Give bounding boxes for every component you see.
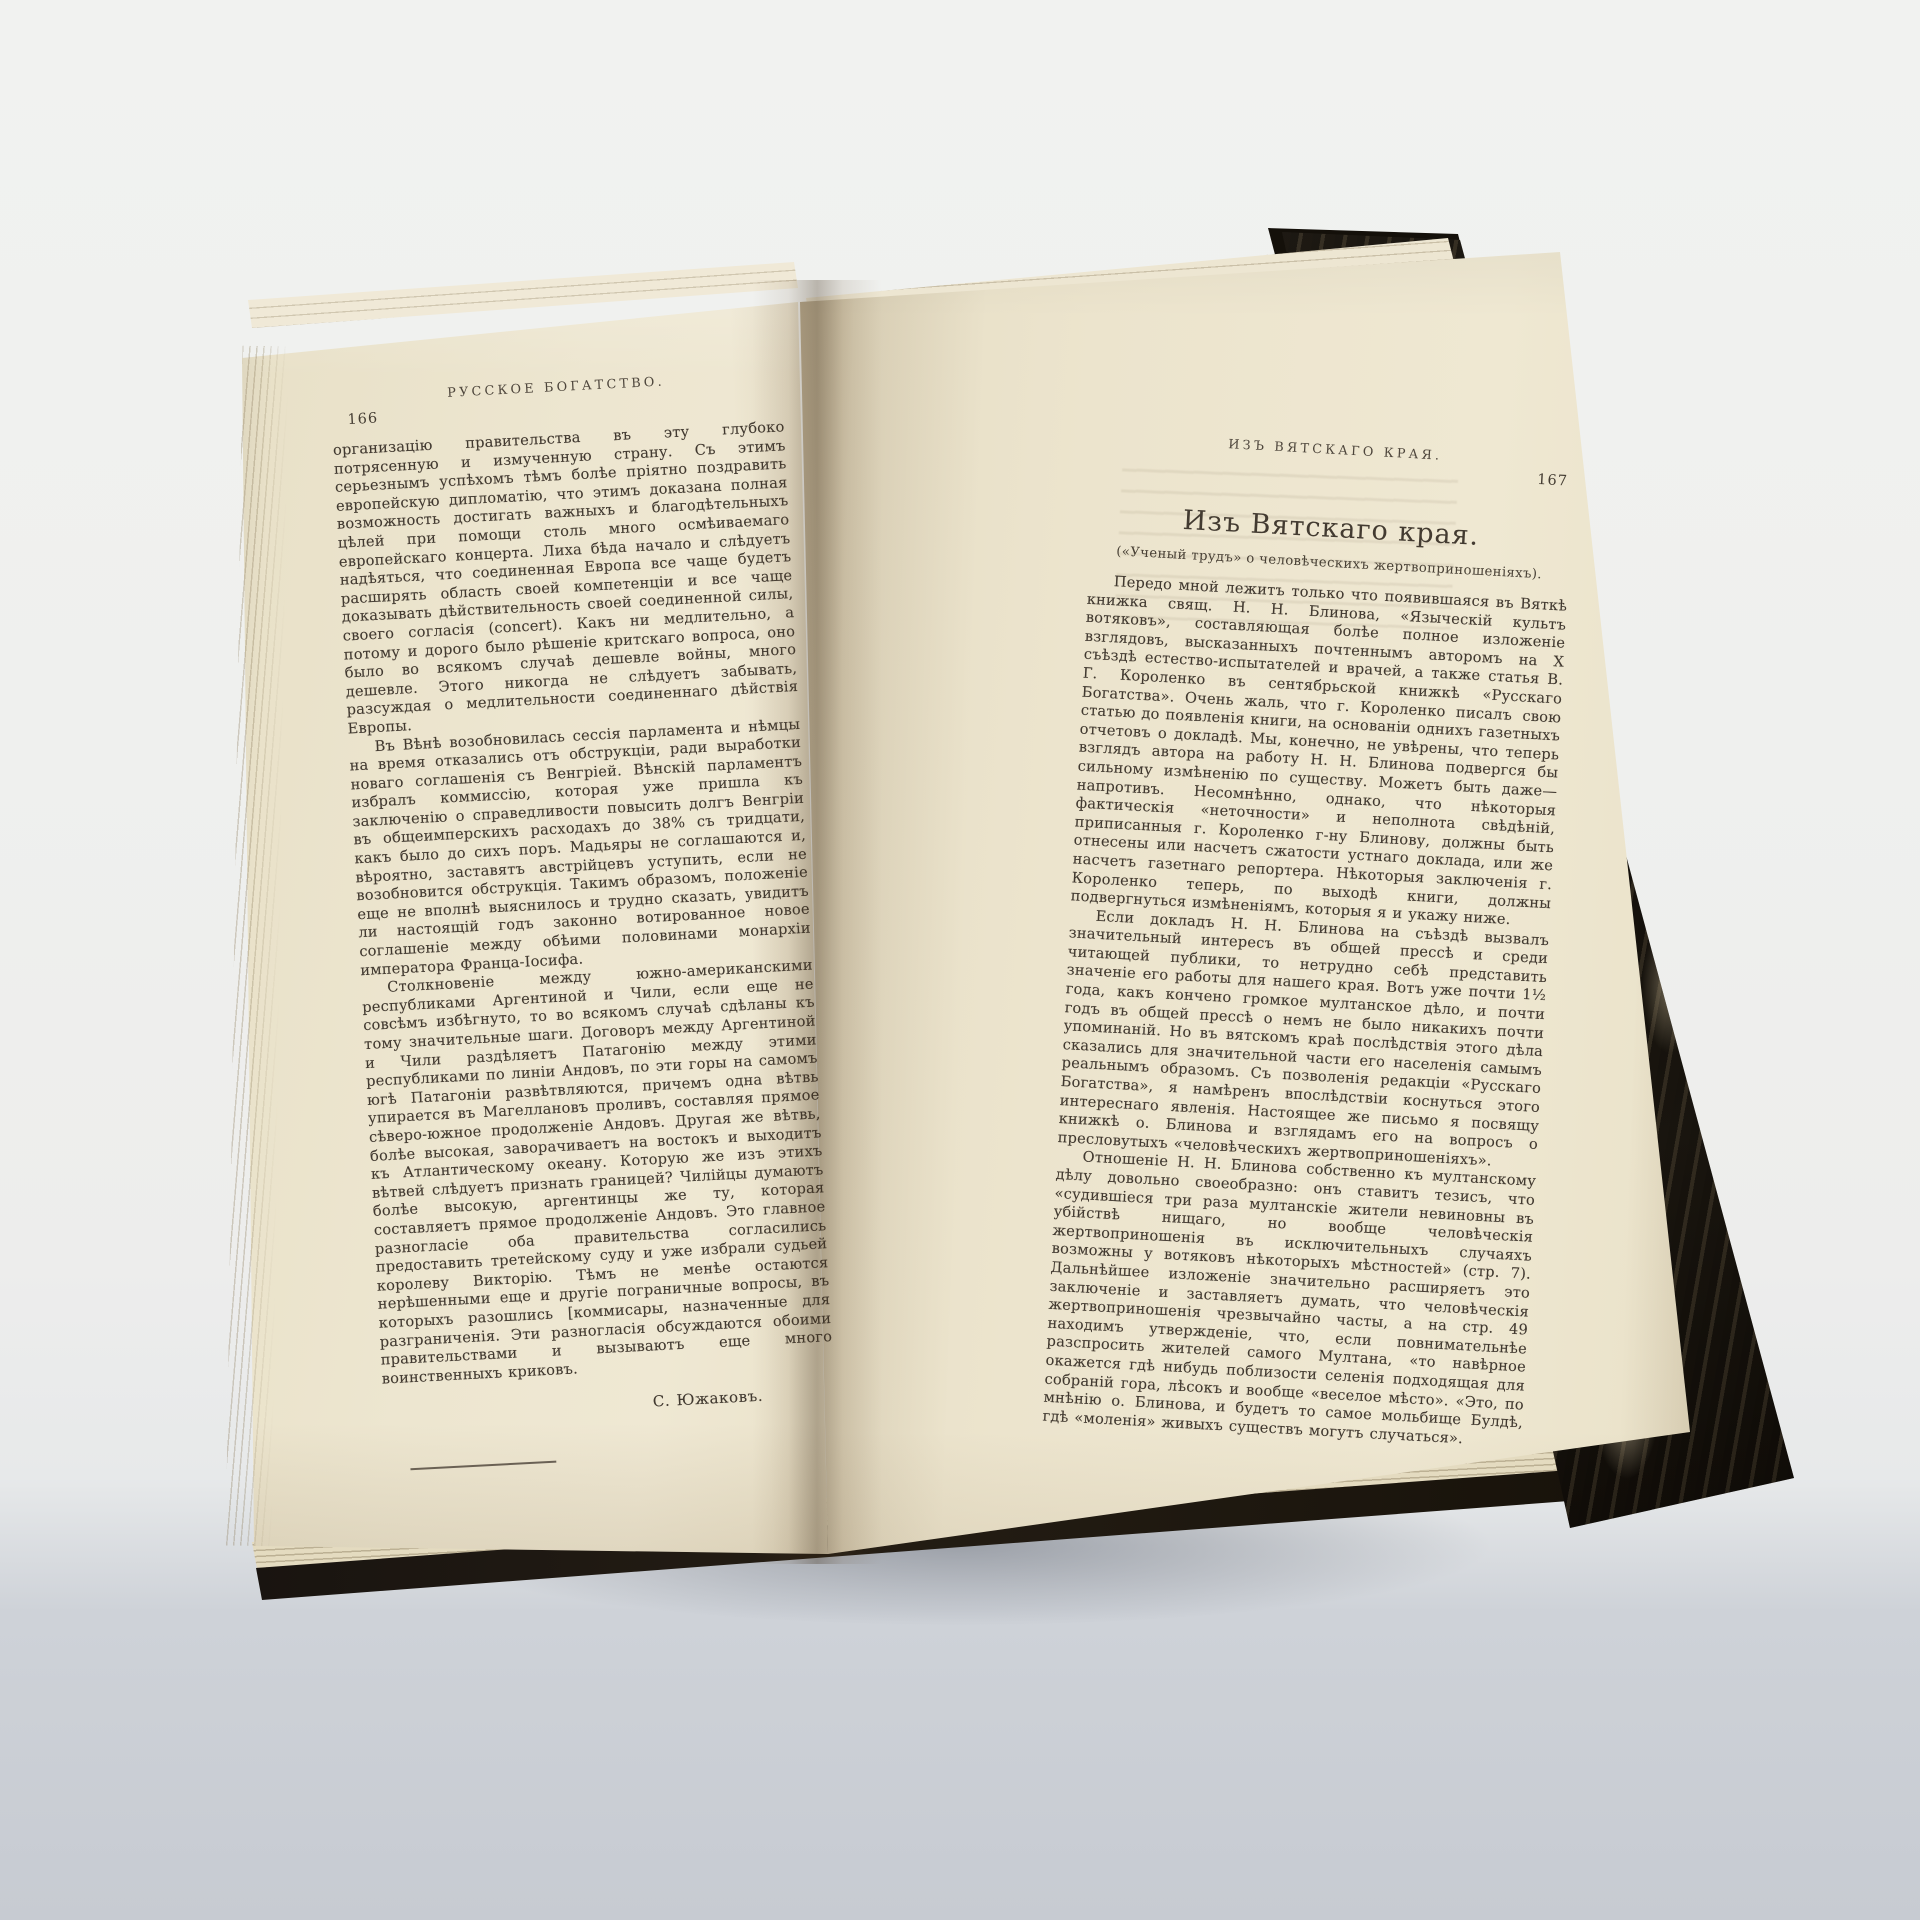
paragraph: Передо мной лежитъ только что появившаяс… — [1070, 572, 1567, 932]
paragraph: Столкновеніе между южно-американскими ре… — [361, 957, 834, 1389]
paragraph: Въ Вѣнѣ возобновилась сессія парламента … — [348, 715, 812, 980]
author-signature: С. Южаковъ. — [383, 1383, 835, 1425]
right-page-content: ИЗЪ ВЯТСКАГО КРАЯ. 167 Изъ Вятскаго края… — [1042, 430, 1575, 1452]
page-number: 167 — [1537, 472, 1569, 490]
photo-background: 166 РУССКОЕ БОГАТСТВО. организацію прави… — [0, 0, 1920, 1920]
left-page-content: 166 РУССКОЕ БОГАТСТВО. организацію прави… — [330, 368, 838, 1471]
page-number: 166 — [347, 411, 378, 429]
paragraph: Если докладъ Н. Н. Блинова на съѣздѣ выз… — [1057, 906, 1549, 1173]
body-text: Передо мной лежитъ только что появившаяс… — [1042, 572, 1568, 1452]
body-text: организацію правительства въ эту глубоко… — [333, 418, 834, 1389]
paragraph: организацію правительства въ эту глубоко… — [333, 418, 800, 739]
paragraph: Отношеніе Н. Н. Блинова собственно къ му… — [1042, 1147, 1536, 1451]
